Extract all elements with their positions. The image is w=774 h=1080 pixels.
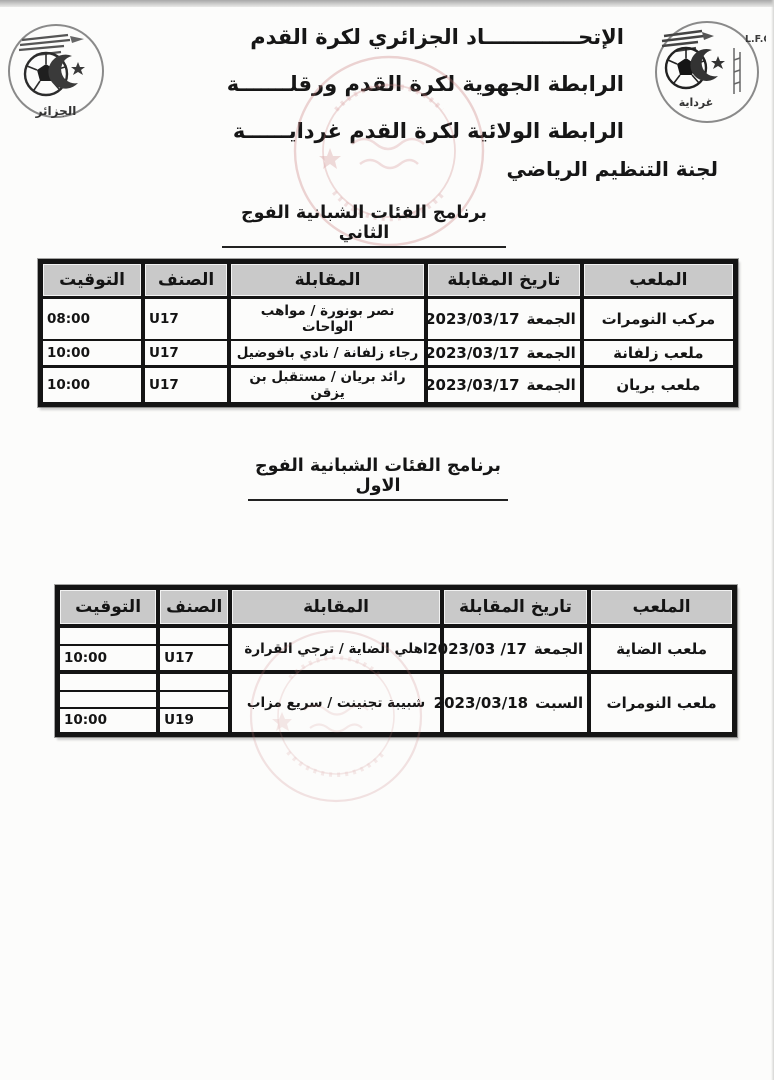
col-header-time: التوقيت bbox=[58, 588, 159, 626]
time-cell: 10:00 bbox=[58, 645, 159, 672]
match-cell: رائد بريان / مستقبل بن يزقن bbox=[229, 367, 426, 405]
date-cell: الجمعة2023/03 /17 bbox=[442, 626, 589, 672]
schedule-table-group1: الملعب تاريخ المقابلة المقابلة الصنف الت… bbox=[55, 585, 737, 737]
faf-algeria-football-logo-icon: الجزائر bbox=[6, 22, 106, 124]
col-header-stadium: الملعب bbox=[582, 262, 736, 298]
category-cell: U17 bbox=[158, 645, 230, 672]
empty-category-subcell bbox=[158, 626, 230, 645]
empty-category-subcell bbox=[158, 672, 230, 691]
col-header-date: تاريخ المقابلة bbox=[442, 588, 589, 626]
lfg-ghardaia-football-logo-icon: L.F.G غرداية bbox=[650, 20, 766, 126]
time-cell: 08:00 bbox=[41, 298, 144, 340]
scanned-document-page: { "header": { "line1": "الإتحـــــــــــ… bbox=[0, 0, 774, 1080]
day-label: الجمعة bbox=[534, 640, 583, 658]
stadium-cell: ملعب زلفانة bbox=[582, 340, 736, 367]
date-value: 2023/03/17 bbox=[425, 310, 519, 328]
stadium-cell: ملعب النومرات bbox=[589, 672, 734, 735]
header-line-federation: الإتحـــــــــــــاد الجزائري لكرة القدم bbox=[144, 14, 624, 61]
col-header-date: تاريخ المقابلة bbox=[426, 262, 582, 298]
schedule-table-group2: الملعب تاريخ المقابلة المقابلة الصنف الت… bbox=[38, 259, 738, 407]
faf-logo-caption: الجزائر bbox=[35, 104, 77, 118]
stadium-cell: مركب النومرات bbox=[582, 298, 736, 340]
table-row: ملعب بريان الجمعة2023/03/17 رائد بريان /… bbox=[41, 367, 736, 405]
day-label: الجمعة bbox=[527, 376, 576, 394]
time-cell: 10:00 bbox=[41, 340, 144, 367]
date-value: 2023/03 /17 bbox=[427, 640, 527, 658]
lfg-logo-caption: غرداية bbox=[679, 96, 714, 109]
match-cell: اهلي الضاية / ترجي القرارة bbox=[230, 626, 441, 672]
date-cell: الجمعة2023/03/17 bbox=[426, 367, 582, 405]
header-line-regional-league: الرابطة الجهوية لكرة القدم ورقلـــــــة bbox=[144, 61, 624, 108]
date-value: 2023/03/17 bbox=[425, 344, 519, 362]
day-label: الجمعة bbox=[527, 310, 576, 328]
match-cell: شبيبة تجنينت / سريع مزاب bbox=[230, 672, 441, 735]
date-cell: السبت2023/03/18 bbox=[442, 672, 589, 735]
table-row-group: ملعب الضاية الجمعة2023/03 /17 اهلي الضاي… bbox=[58, 626, 735, 672]
scan-artifact-top-edge bbox=[0, 0, 774, 7]
table-row-group: ملعب النومرات السبت2023/03/18 شبيبة تجني… bbox=[58, 672, 735, 735]
date-value: 2023/03/18 bbox=[434, 694, 528, 712]
col-header-stadium: الملعب bbox=[589, 588, 734, 626]
col-header-category: الصنف bbox=[143, 262, 229, 298]
col-header-match: المقابلة bbox=[229, 262, 426, 298]
document-header: الإتحـــــــــــــاد الجزائري لكرة القدم… bbox=[144, 14, 624, 155]
category-cell: U17 bbox=[143, 298, 229, 340]
category-cell: U17 bbox=[143, 367, 229, 405]
match-cell: نصر بونورة / مواهب الواحات bbox=[229, 298, 426, 340]
stadium-cell: ملعب بريان bbox=[582, 367, 736, 405]
table-row: ملعب زلفانة الجمعة2023/03/17 رجاء زلفانة… bbox=[41, 340, 736, 367]
time-cell: 10:00 bbox=[41, 367, 144, 405]
section-title-group2: برنامج الفئات الشبانية الفوج الثاني bbox=[222, 203, 506, 248]
col-header-time: التوقيت bbox=[41, 262, 144, 298]
lfg-logo-abbr: L.F.G bbox=[745, 34, 766, 45]
stadium-cell: ملعب الضاية bbox=[589, 626, 734, 672]
empty-time-subcell bbox=[58, 626, 159, 645]
date-value: 2023/03/17 bbox=[425, 376, 519, 394]
empty-category-subcell bbox=[158, 691, 230, 708]
header-line-wilaya-league: الرابطة الولائية لكرة القدم غردايــــــة bbox=[144, 108, 624, 155]
date-cell: الجمعة2023/03/17 bbox=[426, 340, 582, 367]
section-title-group1: برنامج الفئات الشبانية الفوج الاول bbox=[248, 456, 508, 501]
date-cell: الجمعة2023/03/17 bbox=[426, 298, 582, 340]
empty-time-subcell bbox=[58, 691, 159, 708]
committee-title: لجنة التنظيم الرياضي bbox=[506, 157, 718, 181]
match-cell: رجاء زلفانة / نادي بافوضيل bbox=[229, 340, 426, 367]
category-cell: U19 bbox=[158, 708, 230, 735]
day-label: الجمعة bbox=[527, 344, 576, 362]
col-header-category: الصنف bbox=[158, 588, 230, 626]
col-header-match: المقابلة bbox=[230, 588, 441, 626]
table-row: مركب النومرات الجمعة2023/03/17 نصر بونور… bbox=[41, 298, 736, 340]
time-cell: 10:00 bbox=[58, 708, 159, 735]
empty-time-subcell bbox=[58, 672, 159, 691]
category-cell: U17 bbox=[143, 340, 229, 367]
day-label: السبت bbox=[535, 694, 583, 712]
